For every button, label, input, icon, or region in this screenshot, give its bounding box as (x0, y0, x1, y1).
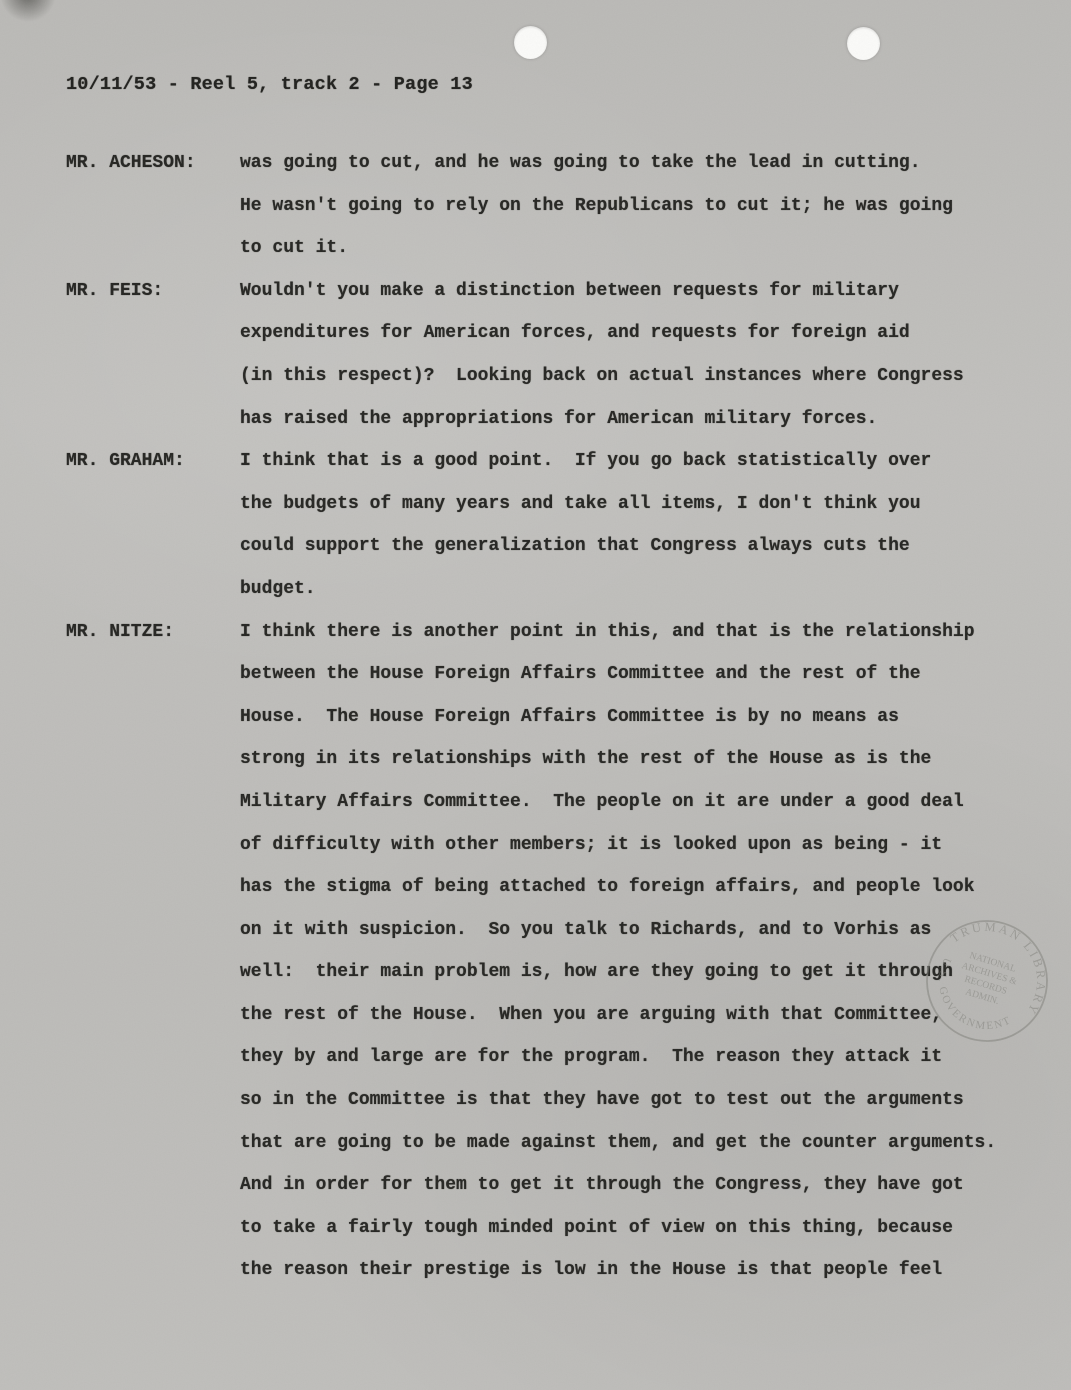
transcript-line: the reason their prestige is low in the … (240, 1249, 1026, 1292)
transcript-line: the budgets of many years and take all i… (240, 483, 1026, 526)
transcript-line: they by and large are for the program. T… (240, 1036, 1026, 1079)
transcript-line: has the stigma of being attached to fore… (240, 866, 1026, 909)
transcript-line: that are going to be made against them, … (240, 1122, 1026, 1165)
speech-lines: was going to cut, and he was going to ta… (240, 142, 1026, 270)
transcript-line: He wasn't going to rely on the Republica… (240, 185, 1026, 228)
transcript-line: so in the Committee is that they have go… (240, 1079, 1026, 1122)
page-header: 10/11/53 - Reel 5, track 2 - Page 13 (66, 74, 473, 95)
hole-punch-left (514, 26, 547, 59)
speaker-label: MR. ACHESON: (66, 142, 240, 185)
transcript-line: on it with suspicion. So you talk to Ric… (240, 909, 1026, 952)
transcript-entry: MR. GRAHAM:I think that is a good point.… (66, 440, 1026, 610)
transcript-entry: MR. ACHESON:was going to cut, and he was… (66, 142, 1026, 270)
transcript-line: to cut it. (240, 227, 1026, 270)
transcript-line: And in order for them to get it through … (240, 1164, 1026, 1207)
transcript-line: the rest of the House. When you are argu… (240, 994, 1026, 1037)
speech-lines: I think that is a good point. If you go … (240, 440, 1026, 610)
speech-lines: Wouldn't you make a distinction between … (240, 270, 1026, 440)
transcript-line: budget. (240, 568, 1026, 611)
transcript-line: could support the generalization that Co… (240, 525, 1026, 568)
transcript-line: (in this respect)? Looking back on actua… (240, 355, 1026, 398)
speaker-label: MR. FEIS: (66, 270, 240, 313)
speaker-label: MR. NITZE: (66, 611, 240, 654)
transcript-line: well: their main problem is, how are the… (240, 951, 1026, 994)
speech-lines: I think there is another point in this, … (240, 611, 1026, 1293)
transcript-entry: MR. NITZE:I think there is another point… (66, 611, 1026, 1293)
transcript-entry: MR. FEIS:Wouldn't you make a distinction… (66, 270, 1026, 440)
transcript: MR. ACHESON:was going to cut, and he was… (66, 142, 1026, 1292)
transcript-line: between the House Foreign Affairs Commit… (240, 653, 1026, 696)
transcript-line: of difficulty with other members; it is … (240, 824, 1026, 867)
document-page: 10/11/53 - Reel 5, track 2 - Page 13 MR.… (0, 0, 1071, 1390)
speaker-label: MR. GRAHAM: (66, 440, 240, 483)
transcript-line: I think there is another point in this, … (240, 611, 1026, 654)
hole-punch-right (847, 27, 880, 60)
transcript-line: was going to cut, and he was going to ta… (240, 142, 1026, 185)
transcript-line: expenditures for American forces, and re… (240, 312, 1026, 355)
transcript-line: House. The House Foreign Affairs Committ… (240, 696, 1026, 739)
transcript-line: has raised the appropriations for Americ… (240, 398, 1026, 441)
transcript-line: strong in its relationships with the res… (240, 738, 1026, 781)
transcript-line: I think that is a good point. If you go … (240, 440, 1026, 483)
transcript-line: Military Affairs Committee. The people o… (240, 781, 1026, 824)
transcript-line: Wouldn't you make a distinction between … (240, 270, 1026, 313)
transcript-line: to take a fairly tough minded point of v… (240, 1207, 1026, 1250)
